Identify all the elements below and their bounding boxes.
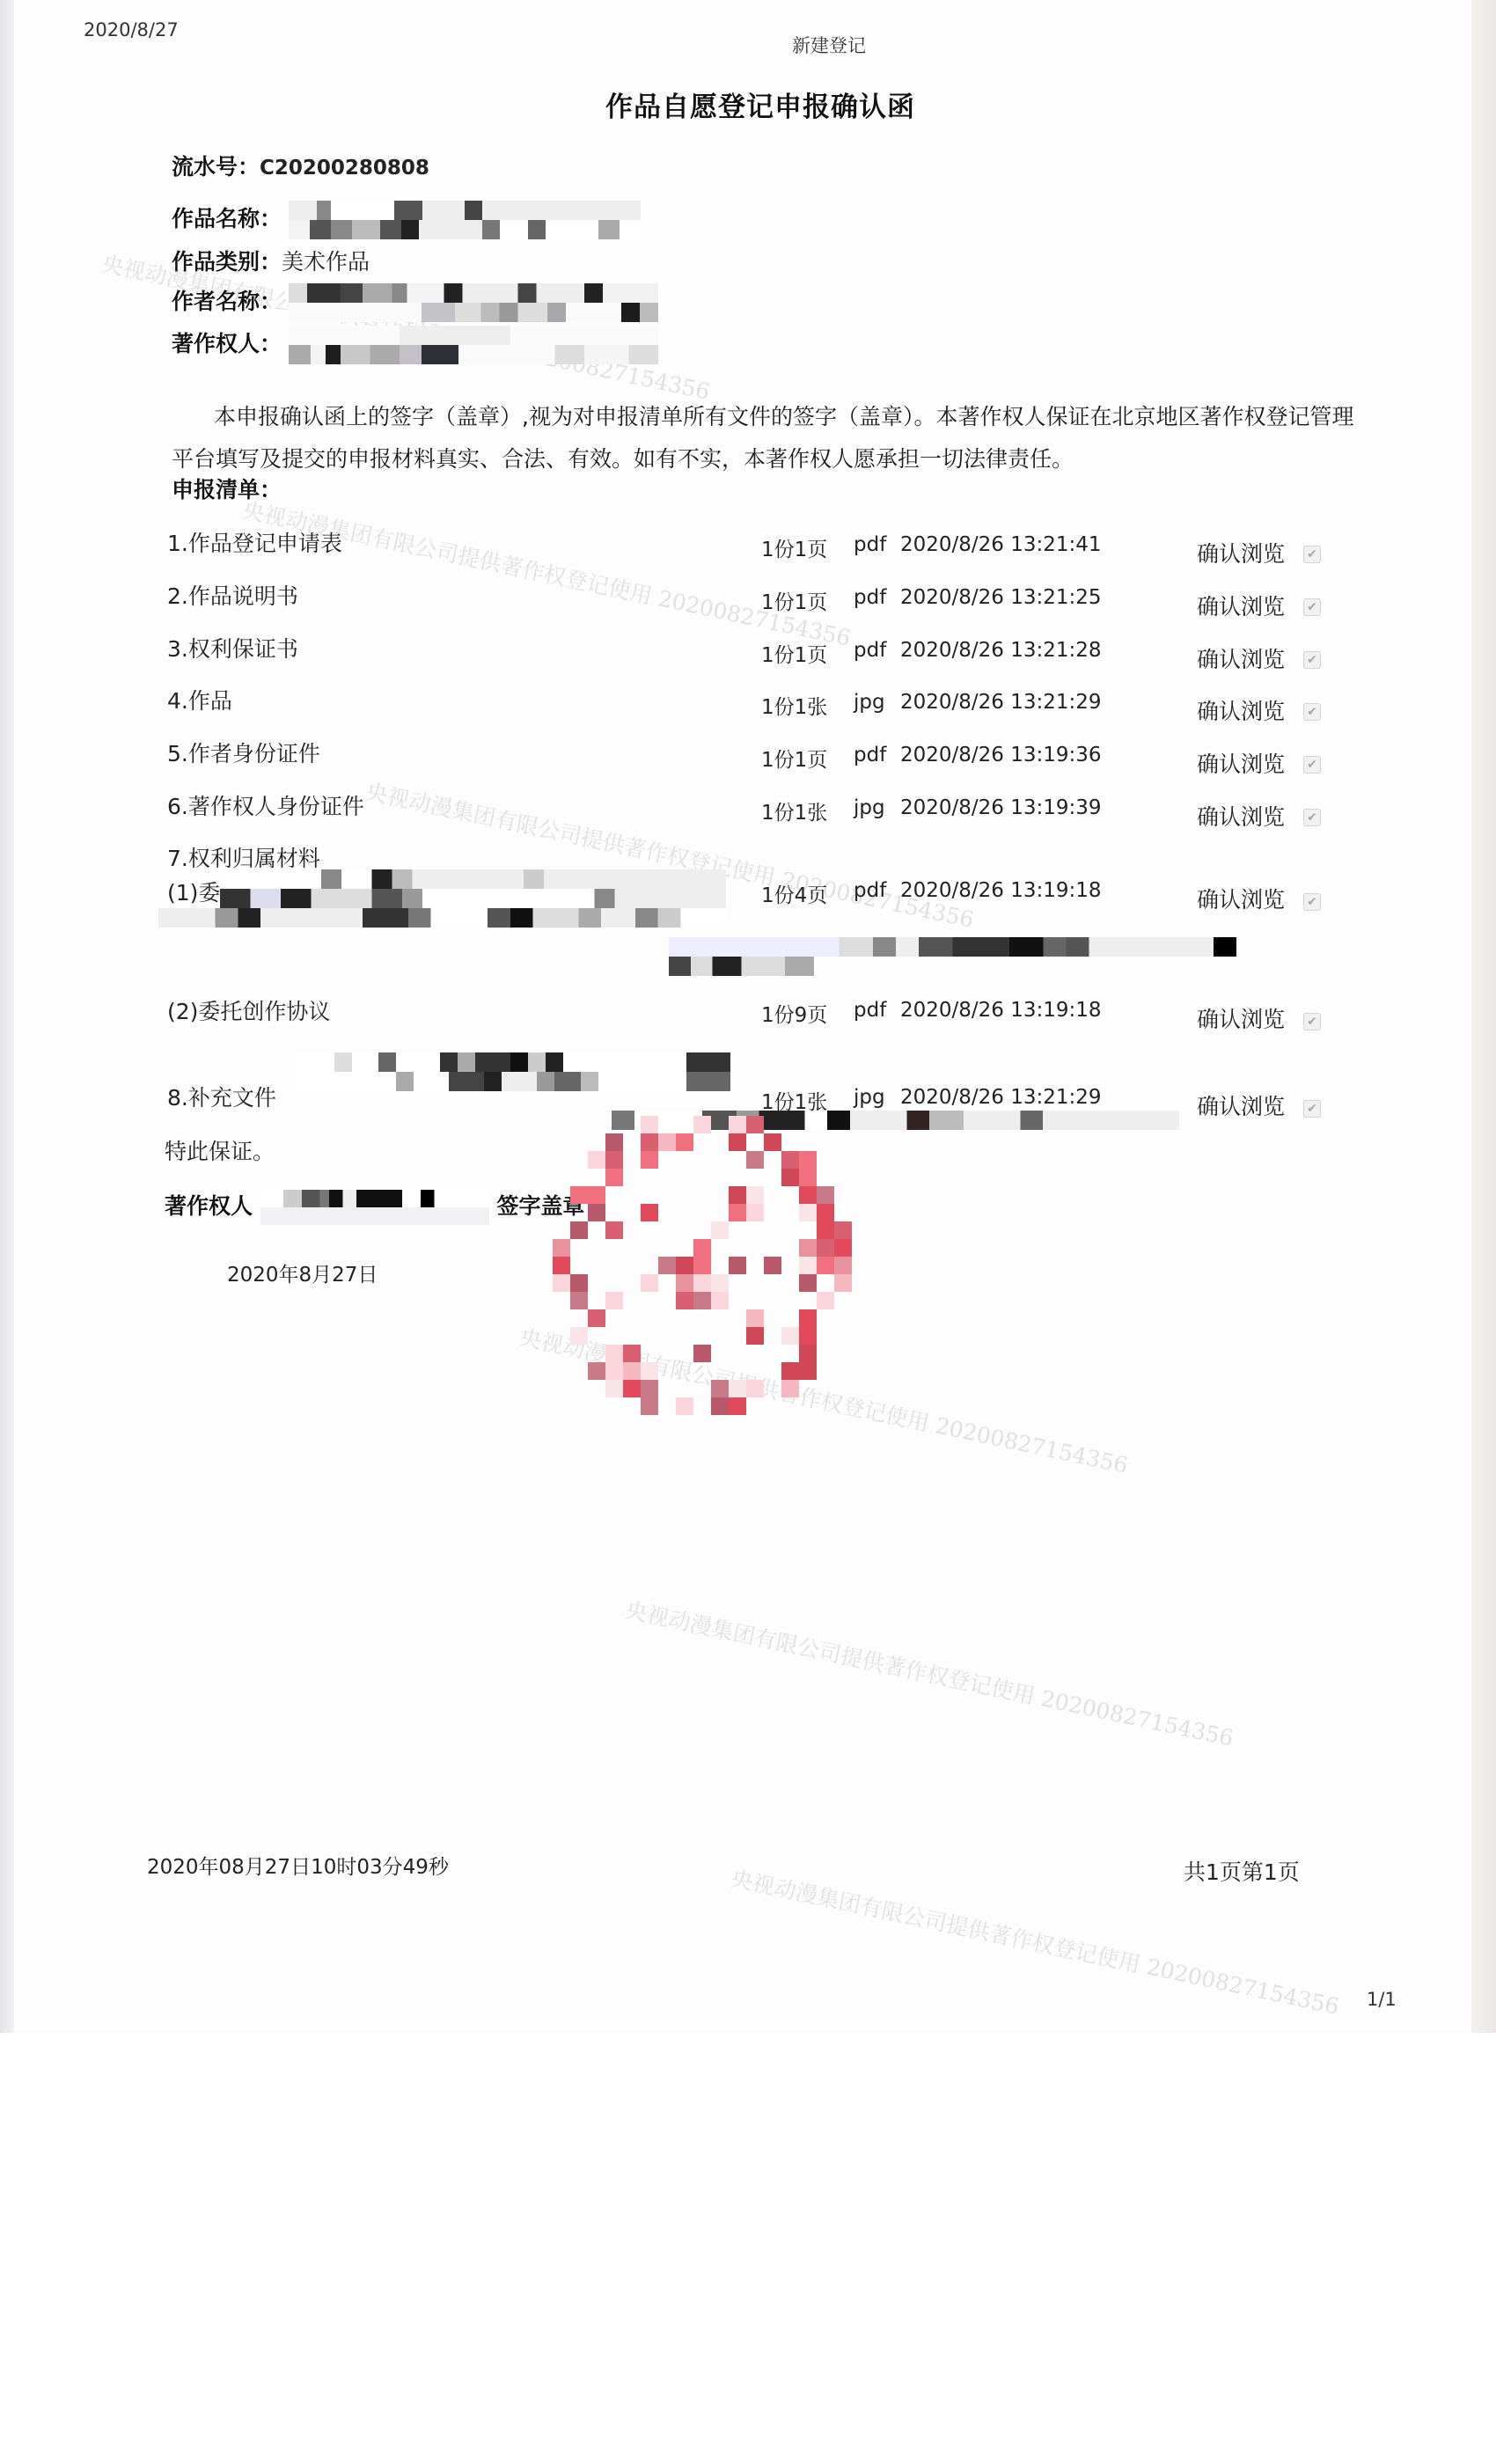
file-count: 1份1张 [761, 691, 827, 720]
list-item-name: 3.权利保证书 [167, 632, 298, 664]
serial-number-field: 流水号：C20200280808 [172, 150, 429, 181]
confirm-checkbox[interactable]: ✔ [1303, 1100, 1321, 1118]
file-count: 1份4页 [761, 879, 827, 908]
work-name-label: 作品名称： [172, 206, 282, 231]
file-count: 1份1张 [761, 796, 827, 825]
file-count: 1份1页 [761, 533, 827, 562]
list-item: (1)委托创作协议- 1份4页 pdf 2020/8/26 13:19:18 确… [0, 0, 1496, 58]
list-item-name: (2)委托创作协议 [167, 994, 330, 1026]
file-type: pdf [854, 879, 886, 902]
list-item-name: 2.作品说明书 [167, 579, 298, 611]
scanned-page: 央视动漫集团有限公司提供著作权登记使用 20200827154356 央视动漫集… [0, 0, 1496, 2033]
work-category-value: 美术作品 [282, 249, 370, 275]
file-type: pdf [854, 586, 886, 609]
closing-statement: 特此保证。 [165, 1134, 275, 1166]
confirm-checkbox[interactable]: ✔ [1303, 703, 1321, 721]
header-label: 新建登记 [792, 32, 866, 58]
scan-edge-left [0, 0, 14, 2033]
author-name-field: 作者名称： [172, 283, 658, 322]
file-count: 1份1页 [761, 639, 827, 668]
signature-date: 2020年8月27日 [227, 1258, 378, 1287]
page-number: 1/1 [1367, 1989, 1397, 2010]
file-type: jpg [854, 691, 885, 714]
signature-line: 著作权人 签字盖章： [165, 1189, 606, 1225]
copyright-owner-label: 著作权人： [172, 331, 282, 356]
confirm-checkbox[interactable]: ✔ [1303, 893, 1321, 911]
watermark: 央视动漫集团有限公司提供著作权登记使用 20200827154356 [240, 493, 854, 653]
file-datetime: 2020/8/26 13:21:25 [900, 586, 1102, 609]
file-datetime: 2020/8/26 13:19:18 [900, 999, 1102, 1022]
confirm-view-label: 确认浏览 [1197, 883, 1285, 914]
confirm-checkbox[interactable]: ✔ [1303, 809, 1321, 826]
official-seal-redacted [553, 1116, 862, 1426]
list-item-name: 4.作品 [167, 684, 232, 715]
list-item-name: 8.补充文件 [167, 1081, 276, 1112]
file-count: 1份1页 [761, 586, 827, 615]
serial-value: C20200280808 [260, 157, 429, 180]
file-datetime: 2020/8/26 13:19:36 [900, 744, 1102, 766]
file-count: 1份1页 [761, 744, 827, 773]
author-name-label: 作者名称： [172, 289, 282, 314]
file-count: 1份9页 [761, 999, 827, 1028]
confirm-view-label: 确认浏览 [1197, 747, 1285, 779]
file-datetime: 2020/8/26 13:19:18 [900, 879, 1102, 902]
redacted-author-name [289, 283, 658, 322]
file-type: pdf [854, 999, 886, 1022]
document-title: 作品自愿登记申报确认函 [605, 84, 915, 124]
confirm-view-label: 确认浏览 [1197, 1002, 1285, 1034]
list-item-name: 1.作品登记申请表 [167, 526, 342, 558]
work-category-field: 作品类别：美术作品 [172, 245, 370, 276]
file-datetime: 2020/8/26 13:21:28 [900, 639, 1102, 662]
redacted-file-name-cont [669, 937, 1236, 976]
scan-edge-right [1471, 0, 1496, 2033]
confirm-checkbox[interactable]: ✔ [1303, 651, 1321, 669]
statement-paragraph: 本申报确认函上的签字（盖章）,视为对申报清单所有文件的签字（盖章）。本著作权人保… [172, 396, 1368, 480]
redacted-signature-owner [260, 1190, 489, 1225]
file-type: pdf [854, 744, 886, 766]
file-count: 1份1张 [761, 1086, 827, 1115]
signature-prefix: 著作权人 [165, 1193, 253, 1219]
generated-timestamp: 2020年08月27日10时03分49秒 [147, 1851, 449, 1880]
watermark: 央视动漫集团有限公司提供著作权登记使用 20200827154356 [623, 1593, 1237, 1753]
file-datetime: 2020/8/26 13:19:39 [900, 796, 1102, 819]
declaration-list-heading: 申报清单： [172, 473, 282, 504]
file-type: pdf [854, 533, 886, 556]
confirm-view-label: 确认浏览 [1197, 800, 1285, 832]
file-type: jpg [854, 1086, 885, 1109]
confirm-view-label: 确认浏览 [1197, 537, 1285, 568]
confirm-view-label: 确认浏览 [1197, 642, 1285, 674]
confirm-view-label: 确认浏览 [1197, 1089, 1285, 1121]
redacted-file-name [290, 1052, 730, 1111]
redacted-copyright-owner [289, 326, 658, 364]
confirm-checkbox[interactable]: ✔ [1303, 598, 1321, 616]
file-type: jpg [854, 796, 885, 819]
file-datetime: 2020/8/26 13:21:41 [900, 533, 1102, 556]
work-category-label: 作品类别： [172, 249, 282, 275]
file-datetime: 2020/8/26 13:21:29 [900, 691, 1102, 714]
confirm-checkbox[interactable]: ✔ [1303, 1013, 1321, 1030]
redacted-file-name [220, 869, 726, 928]
confirm-checkbox[interactable]: ✔ [1303, 546, 1321, 563]
confirm-checkbox[interactable]: ✔ [1303, 756, 1321, 774]
page-info: 共1页第1页 [1184, 1855, 1300, 1887]
list-item-group-title: 7.权利归属材料 [167, 841, 320, 873]
work-name-field: 作品名称： [172, 201, 641, 239]
copyright-owner-field: 著作权人： [172, 326, 658, 364]
file-type: pdf [854, 639, 886, 662]
serial-label: 流水号： [172, 154, 260, 180]
list-item-name: 6.著作权人身份证件 [167, 789, 364, 821]
confirm-view-label: 确认浏览 [1197, 590, 1285, 621]
list-item-name: 5.作者身份证件 [167, 737, 320, 768]
file-datetime: 2020/8/26 13:21:29 [900, 1086, 1102, 1109]
confirm-view-label: 确认浏览 [1197, 694, 1285, 726]
redacted-work-name [289, 201, 641, 239]
print-date: 2020/8/27 [84, 19, 179, 40]
